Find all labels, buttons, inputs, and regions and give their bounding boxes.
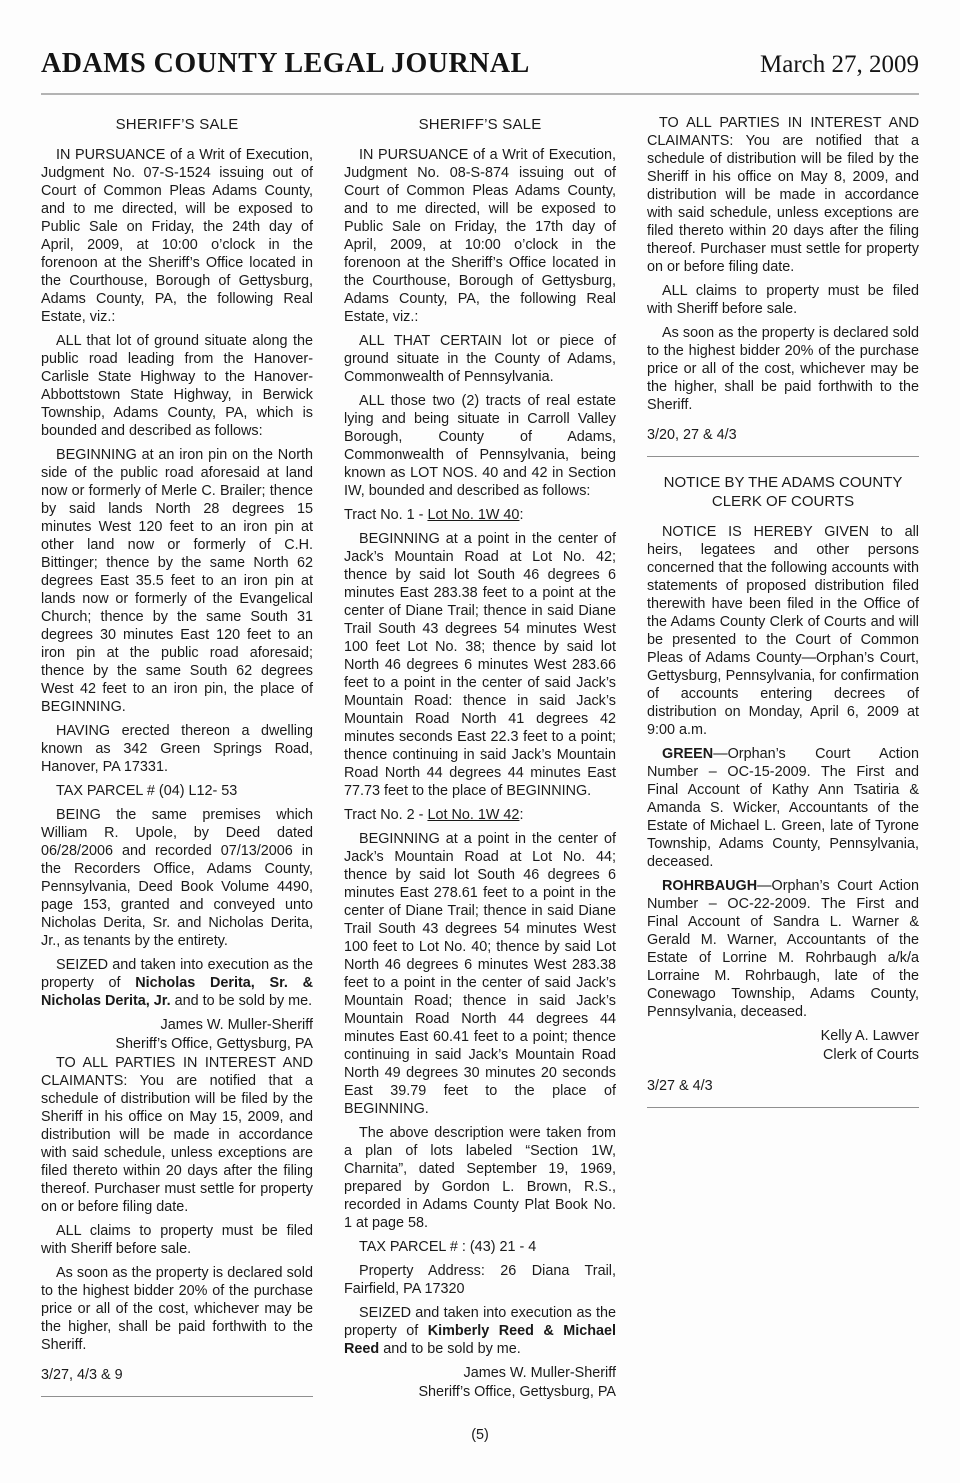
signature-line: Sheriff’s Office, Gettysburg, PA	[41, 1035, 313, 1054]
signature-line: Sheriff’s Office, Gettysburg, PA	[344, 1383, 616, 1402]
page-header: ADAMS COUNTY LEGAL JOURNAL March 27, 200…	[41, 0, 919, 80]
tax-parcel-line: TAX PARCEL # (04) L12- 53	[41, 782, 313, 800]
publication-dates: 3/20, 27 & 4/3	[647, 426, 919, 444]
paragraph: TO ALL PARTIES IN INTEREST AND CLAIMANTS…	[647, 114, 919, 276]
paragraph: The above description were taken from a …	[344, 1124, 616, 1232]
paragraph: BEING the same premises which William R.…	[41, 806, 313, 950]
paragraph: ALL those two (2) tracts of real estate …	[344, 392, 616, 500]
paragraph: TO ALL PARTIES IN INTEREST AND CLAIMANTS…	[41, 1054, 313, 1216]
issue-date: March 27, 2009	[760, 51, 919, 79]
paragraph: NOTICE IS HEREBY GIVEN to all heirs, leg…	[647, 523, 919, 739]
paragraph: HAVING erected thereon a dwelling known …	[41, 722, 313, 776]
tract-label: Tract No. 1 - Lot No. 1W 40:	[344, 506, 616, 524]
column-3: TO ALL PARTIES IN INTEREST AND CLAIMANTS…	[647, 116, 919, 1413]
sheriffs-sale-heading: SHERIFF’S SALE	[344, 116, 616, 134]
paragraph: As soon as the property is declared sold…	[647, 324, 919, 414]
header-divider	[41, 93, 919, 95]
seized-paragraph: SEIZED and taken into execution as the p…	[344, 1304, 616, 1358]
estate-name: ROHRBAUGH	[662, 878, 757, 894]
signature-line: Kelly A. Lawver	[647, 1027, 919, 1046]
column-2: SHERIFF’S SALE IN PURSUANCE of a Writ of…	[344, 116, 616, 1413]
lot-number-underlined: Lot No. 1W 40	[427, 507, 519, 523]
seized-text: and to be sold by me.	[379, 1341, 521, 1357]
tract-label-text: Tract No. 2 -	[344, 807, 427, 823]
estate-notice: GREEN—Orphan’s Court Action Number – OC-…	[647, 745, 919, 871]
seized-text: and to be sold by me.	[171, 993, 313, 1009]
paragraph: BEGINNING at a point in the center of Ja…	[344, 830, 616, 1118]
signature-line: James W. Muller-Sheriff	[41, 1016, 313, 1035]
paragraph: ALL THAT CERTAIN lot or piece of ground …	[344, 332, 616, 386]
section-divider	[41, 1396, 313, 1397]
section-divider	[647, 1107, 919, 1108]
tract-label-text: Tract No. 1 -	[344, 507, 427, 523]
paragraph: IN PURSUANCE of a Writ of Execution, Jud…	[344, 146, 616, 326]
journal-title: ADAMS COUNTY LEGAL JOURNAL	[41, 48, 530, 80]
paragraph: BEGINNING at a point in the center of Ja…	[344, 530, 616, 800]
paragraph: ALL claims to property must be filed wit…	[647, 282, 919, 318]
paragraph: IN PURSUANCE of a Writ of Execution, Jud…	[41, 146, 313, 326]
tract-label: Tract No. 2 - Lot No. 1W 42:	[344, 806, 616, 824]
sheriffs-sale-heading: SHERIFF’S SALE	[41, 116, 313, 134]
page-number: (5)	[41, 1427, 919, 1443]
estate-notice: ROHRBAUGH—Orphan’s Court Action Number –…	[647, 877, 919, 1021]
publication-dates: 3/27, 4/3 & 9	[41, 1366, 313, 1384]
tax-parcel-line: TAX PARCEL # : (43) 21 - 4	[344, 1238, 616, 1256]
estate-text: —Orphan’s Court Action Number – OC-22-20…	[647, 878, 919, 1020]
property-address-line: Property Address: 26 Diana Trail, Fairfi…	[344, 1262, 616, 1298]
tract-label-text: :	[519, 807, 523, 823]
paragraph: ALL that lot of ground situate along the…	[41, 332, 313, 440]
signature-line: James W. Muller-Sheriff	[344, 1364, 616, 1383]
tract-label-text: :	[519, 507, 523, 523]
content-columns: SHERIFF’S SALE IN PURSUANCE of a Writ of…	[41, 116, 919, 1413]
column-1: SHERIFF’S SALE IN PURSUANCE of a Writ of…	[41, 116, 313, 1413]
estate-text: —Orphan’s Court Action Number – OC-15-20…	[647, 746, 919, 870]
lot-number-underlined: Lot No. 1W 42	[427, 807, 519, 823]
publication-dates: 3/27 & 4/3	[647, 1077, 919, 1095]
estate-name: GREEN	[662, 746, 713, 762]
section-divider	[647, 456, 919, 457]
seized-paragraph: SEIZED and taken into execution as the p…	[41, 956, 313, 1010]
clerk-notice-heading: NOTICE BY THE ADAMS COUNTY CLERK OF COUR…	[647, 473, 919, 511]
signature-line: Clerk of Courts	[647, 1046, 919, 1065]
legal-journal-page: ADAMS COUNTY LEGAL JOURNAL March 27, 200…	[0, 0, 960, 1483]
paragraph: BEGINNING at an iron pin on the North si…	[41, 446, 313, 716]
paragraph: As soon as the property is declared sold…	[41, 1264, 313, 1354]
paragraph: ALL claims to property must be filed wit…	[41, 1222, 313, 1258]
